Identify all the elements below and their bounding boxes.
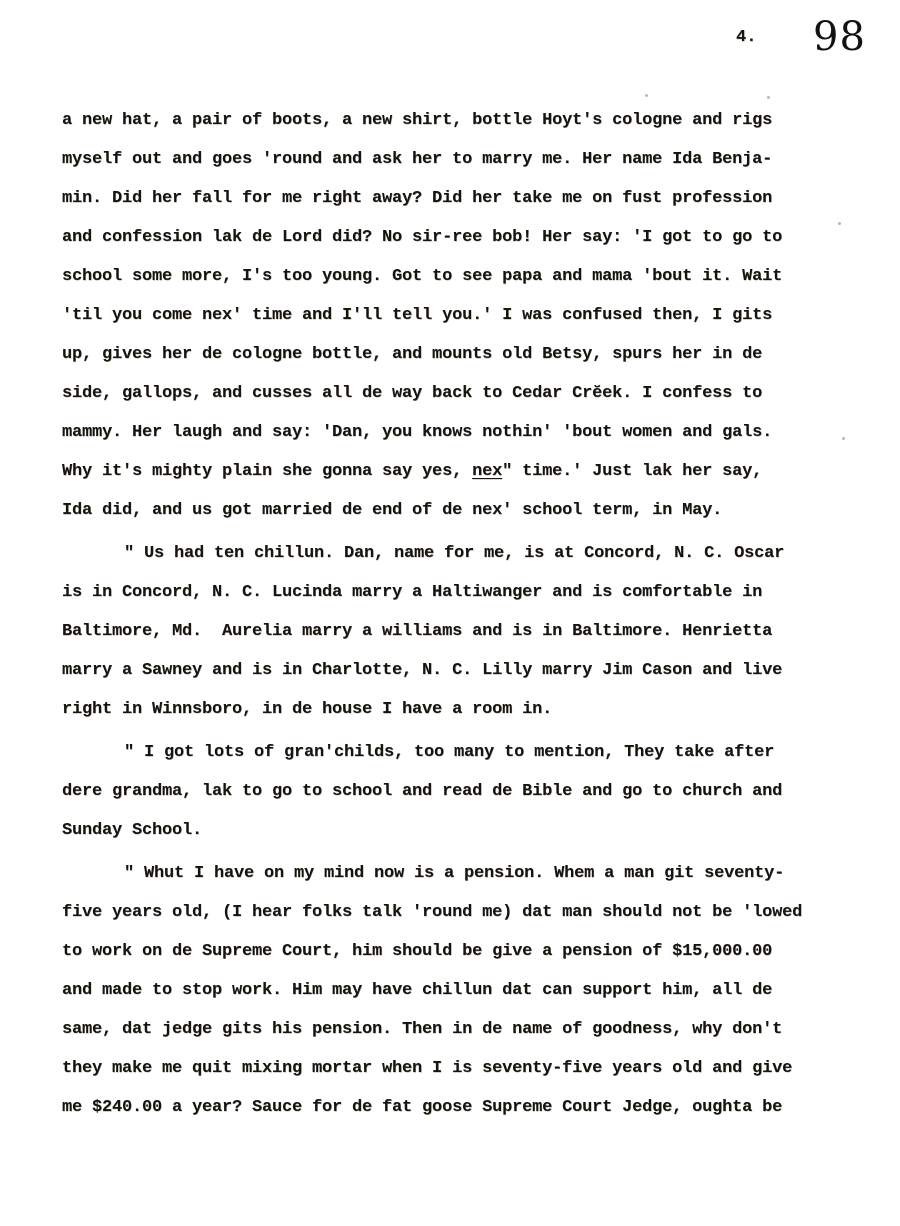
text-run: Ida did, and us got married de end of de… [62, 501, 722, 520]
document-page: 4. 98 a new hat, a pair of boots, a new … [0, 0, 900, 1226]
text-line: and made to stop work. Him may have chil… [62, 971, 852, 1010]
text-line: dere grandma, lak to go to school and re… [62, 772, 852, 811]
scan-speck [838, 222, 841, 225]
text-run: dere grandma, lak to go to school and re… [62, 782, 782, 801]
text-line: is in Concord, N. C. Lucinda marry a Hal… [62, 573, 852, 612]
text-line: Baltimore, Md. Aurelia marry a williams … [62, 612, 852, 651]
text-run: to work on de Supreme Court, him should … [62, 942, 772, 961]
text-line: up, gives her de cologne bottle, and mou… [62, 335, 852, 374]
text-run: and confession lak de Lord did? No sir-r… [62, 228, 782, 247]
text-run: myself out and goes 'round and ask her t… [62, 150, 772, 169]
paragraph: a new hat, a pair of boots, a new shirt,… [62, 101, 852, 530]
text-line: " Whut I have on my mind now is a pensio… [62, 854, 852, 893]
text-line: mammy. Her laugh and say: 'Dan, you know… [62, 413, 852, 452]
text-line: 'til you come nex' time and I'll tell yo… [62, 296, 852, 335]
text-run: up, gives her de cologne bottle, and mou… [62, 345, 762, 364]
text-line: right in Winnsboro, in de house I have a… [62, 690, 852, 729]
text-line: " I got lots of gran'childs, too many to… [62, 733, 852, 772]
text-run: nex [472, 462, 502, 481]
text-line: side, gallops, and cusses all de way bac… [62, 374, 852, 413]
text-line: myself out and goes 'round and ask her t… [62, 140, 852, 179]
text-line: school some more, I's too young. Got to … [62, 257, 852, 296]
text-line: min. Did her fall for me right away? Did… [62, 179, 852, 218]
text-run: mammy. Her laugh and say: 'Dan, you know… [62, 423, 772, 442]
text-line: Sunday School. [62, 811, 852, 850]
paragraph: " I got lots of gran'childs, too many to… [62, 733, 852, 850]
scan-speck [767, 96, 770, 99]
text-run: marry a Sawney and is in Charlotte, N. C… [62, 661, 782, 680]
text-line: they make me quit mixing mortar when I i… [62, 1049, 852, 1088]
text-run: 'til you come nex' time and I'll tell yo… [62, 306, 772, 325]
text-run: school some more, I's too young. Got to … [62, 267, 782, 286]
scan-speck [645, 94, 648, 97]
document-body: a new hat, a pair of boots, a new shirt,… [62, 101, 852, 1127]
text-run: min. Did her fall for me right away? Did… [62, 189, 772, 208]
text-line: marry a Sawney and is in Charlotte, N. C… [62, 651, 852, 690]
text-line: " Us had ten chillun. Dan, name for me, … [62, 534, 852, 573]
text-run: is in Concord, N. C. Lucinda marry a Hal… [62, 583, 762, 602]
text-run: right in Winnsboro, in de house I have a… [62, 700, 552, 719]
text-run: " time.' Just lak her say, [502, 462, 762, 481]
text-run: same, dat jedge gits his pension. Then i… [62, 1020, 782, 1039]
text-run: and made to stop work. Him may have chil… [62, 981, 772, 1000]
paragraph: " Whut I have on my mind now is a pensio… [62, 854, 852, 1127]
text-run: five years old, (I hear folks talk 'roun… [62, 903, 802, 922]
text-run: Why it's mighty plain she gonna say yes, [62, 462, 472, 481]
text-line: Why it's mighty plain she gonna say yes,… [62, 452, 852, 491]
paragraph: " Us had ten chillun. Dan, name for me, … [62, 534, 852, 729]
scan-speck [842, 437, 845, 440]
typed-page-number: 4. [736, 29, 756, 48]
text-line: Ida did, and us got married de end of de… [62, 491, 852, 530]
text-run: a new hat, a pair of boots, a new shirt,… [62, 111, 772, 130]
text-run: Sunday School. [62, 821, 202, 840]
printed-page-number: 98 [813, 16, 866, 58]
text-line: and confession lak de Lord did? No sir-r… [62, 218, 852, 257]
text-run: Baltimore, Md. Aurelia marry a williams … [62, 622, 772, 641]
text-line: to work on de Supreme Court, him should … [62, 932, 852, 971]
text-run: me $240.00 a year? Sauce for de fat goos… [62, 1098, 782, 1117]
text-run: " Whut I have on my mind now is a pensio… [124, 864, 784, 883]
text-line: five years old, (I hear folks talk 'roun… [62, 893, 852, 932]
text-line: a new hat, a pair of boots, a new shirt,… [62, 101, 852, 140]
text-run: side, gallops, and cusses all de way bac… [62, 384, 762, 403]
text-run: " I got lots of gran'childs, too many to… [124, 743, 774, 762]
text-run: they make me quit mixing mortar when I i… [62, 1059, 792, 1078]
text-run: " Us had ten chillun. Dan, name for me, … [124, 544, 784, 563]
text-line: me $240.00 a year? Sauce for de fat goos… [62, 1088, 852, 1127]
text-line: same, dat jedge gits his pension. Then i… [62, 1010, 852, 1049]
